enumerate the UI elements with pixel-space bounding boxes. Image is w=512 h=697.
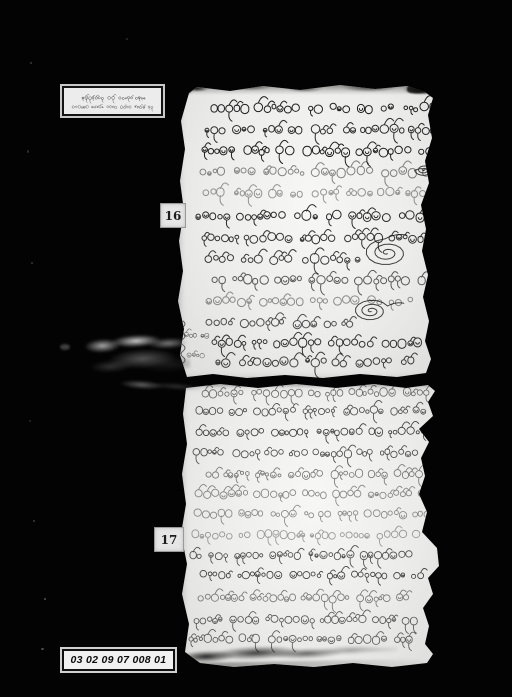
film-damage-smudge	[116, 375, 203, 397]
edge-shadow	[435, 233, 444, 291]
microfilm-frame: จดหมายเหตุน้อย (ราชวงศาวดารพื้นเมือง) 16…	[0, 0, 512, 697]
film-code-label: 03 02 09 07 008 01	[62, 649, 175, 671]
page-top-stain	[178, 382, 446, 388]
archive-label: จดหมายเหตุน้อย (ราชวงศาวดารพื้นเมือง)	[62, 86, 163, 116]
manuscript-page-16	[175, 83, 445, 381]
page-marker-17: 17	[154, 527, 184, 552]
film-speck	[29, 420, 31, 422]
film-damage-smudge	[83, 327, 191, 382]
film-speck	[126, 38, 128, 40]
film-speck	[44, 598, 46, 600]
handwriting-page-16	[175, 83, 445, 381]
film-speck	[31, 262, 33, 264]
film-code-text: 03 02 09 07 008 01	[71, 654, 167, 666]
archive-label-thai-script	[65, 89, 161, 114]
page-number: 16	[165, 209, 182, 223]
page-marker-16: 16	[160, 203, 186, 228]
film-speck	[27, 150, 29, 153]
ink-blot	[172, 82, 192, 95]
film-speck	[41, 648, 44, 650]
manuscript-page-17	[178, 382, 446, 670]
page-number: 17	[161, 533, 178, 547]
film-speck	[30, 62, 32, 64]
ink-blot	[407, 82, 442, 94]
handwriting-page-17	[178, 382, 446, 670]
film-damage-smudge	[60, 344, 70, 350]
film-speck	[33, 520, 35, 522]
